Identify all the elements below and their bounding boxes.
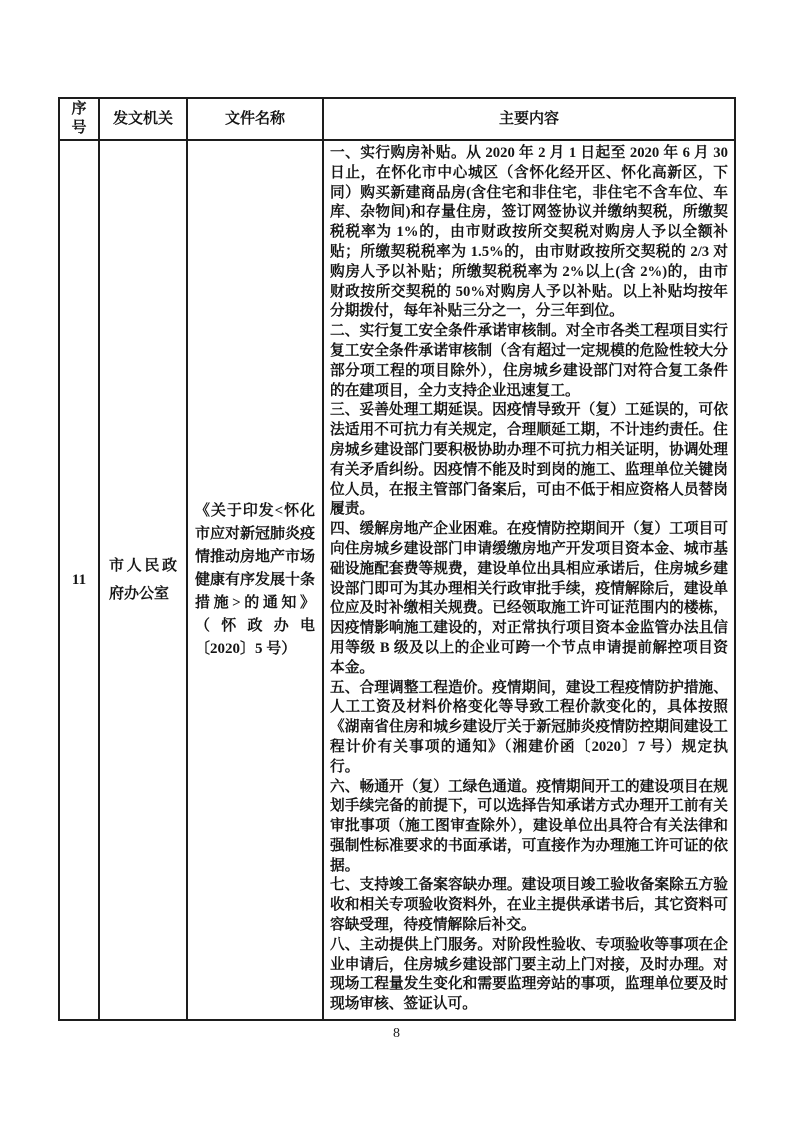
title-cell: 《关于印发<怀化市应对新冠肺炎疫情推动房地产市场健康有序发展十条措施>的通知》（… [187,140,323,1020]
content-paragraph: 七、支持竣工备案容缺办理。建设项目竣工验收备案除五方验收和相关专项验收资料外，在… [330,876,728,935]
col-header-serial: 序号 [59,98,99,140]
serial-cell: 11 [59,140,99,1020]
content-paragraph: 一、实行购房补贴。从 2020 年 2 月 1 日起至 2020 年 6 月 3… [330,144,728,322]
content-paragraph: 八、主动提供上门服务。对阶段性验收、专项验收等事项在企业申请后，住房城乡建设部门… [330,936,728,1015]
table-header-row: 序号 发文机关 文件名称 主要内容 [59,98,735,140]
content-cell: 一、实行购房补贴。从 2020 年 2 月 1 日起至 2020 年 6 月 3… [323,140,735,1020]
col-header-title: 文件名称 [187,98,323,140]
col-header-serial-label: 序号 [71,100,88,138]
col-header-agency: 发文机关 [99,98,187,140]
content-paragraph: 六、畅通开（复）工绿色通道。疫情期间开工的建设项目在规划手续完备的前提下，可以选… [330,778,728,877]
col-header-content: 主要内容 [323,98,735,140]
table-row: 11 市人民政府办公室 《关于印发<怀化市应对新冠肺炎疫情推动房地产市场健康有序… [59,140,735,1020]
document-page: 序号 发文机关 文件名称 主要内容 11 市人民政府办公室 《关于印发<怀化市应… [0,0,793,1122]
content-paragraph: 三、妥善处理工期延误。因疫情导致开（复）工延误的，可依法适用不可抗力有关规定，合… [330,401,728,520]
agency-cell: 市人民政府办公室 [99,140,187,1020]
page-number: 8 [0,1026,793,1042]
content-paragraph: 四、缓解房地产企业困难。在疫情防控期间开（复）工项目可向住房城乡建设部门申请缓缴… [330,520,728,678]
measures-table: 序号 发文机关 文件名称 主要内容 11 市人民政府办公室 《关于印发<怀化市应… [58,97,736,1021]
content-paragraph: 二、实行复工安全条件承诺审核制。对全市各类工程项目实行复工安全条件承诺审核制（含… [330,322,728,401]
content-paragraph: 五、合理调整工程造价。疫情期间，建设工程疫情防护措施、人工工资及材料价格变化等导… [330,679,728,778]
